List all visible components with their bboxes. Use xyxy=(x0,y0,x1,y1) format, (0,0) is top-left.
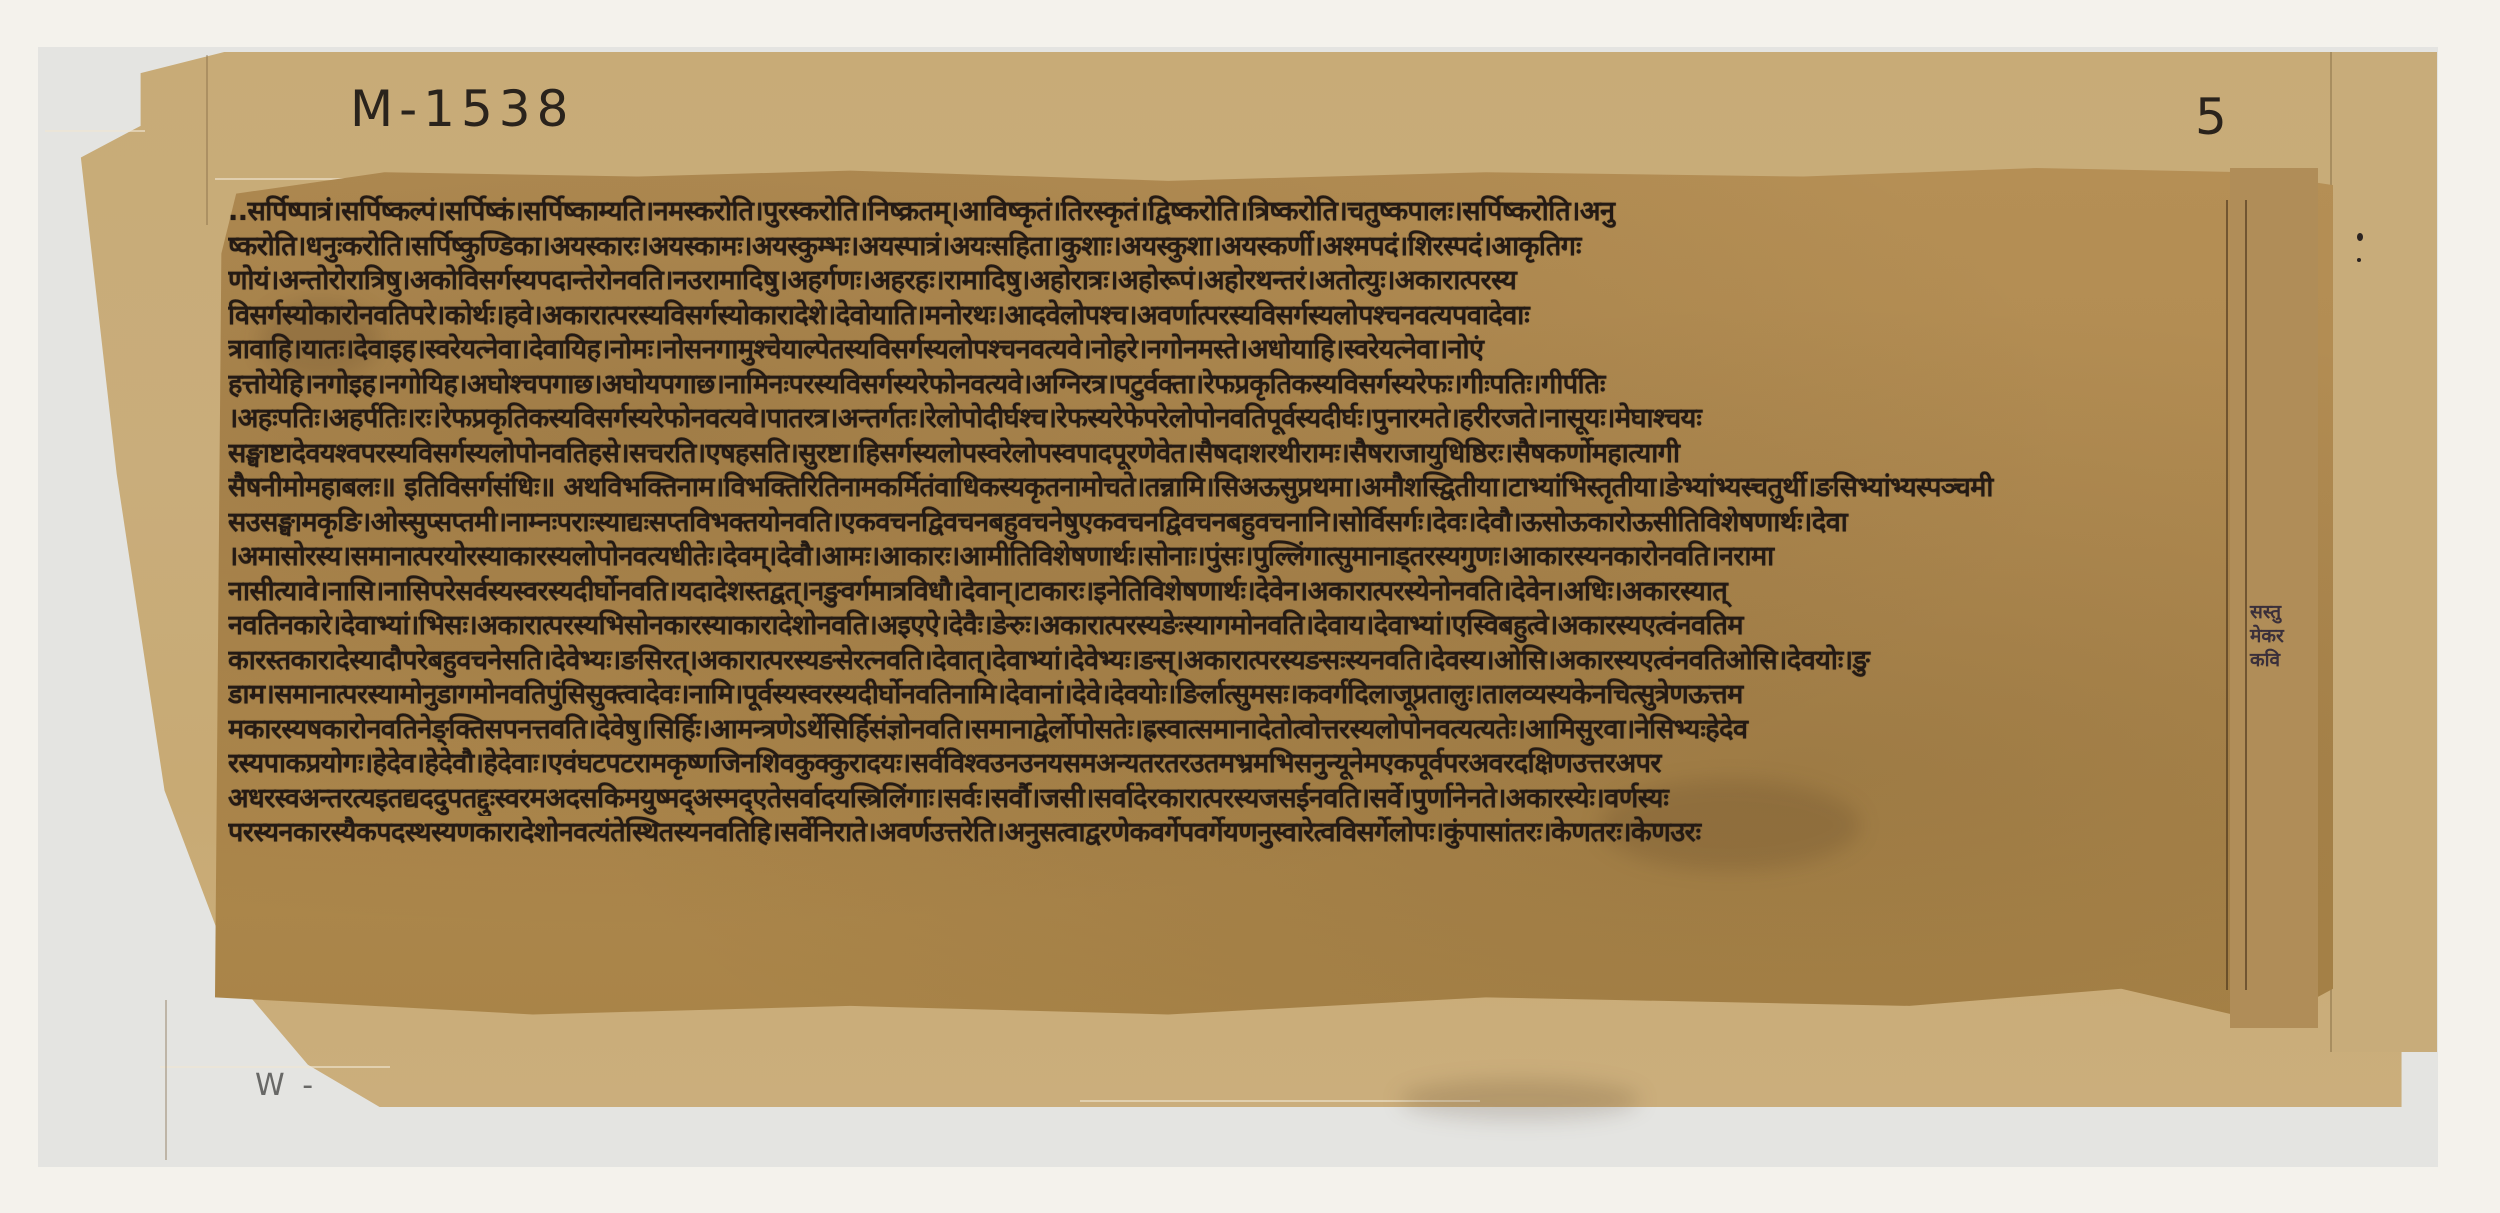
ink-spot xyxy=(2357,233,2363,241)
text-line: हत्तोयेहि।नगोइह।नगोयिह।अघोश्चपगाछ।अघोयपग… xyxy=(228,368,2238,403)
text-line: नासीत्यावे।नासि।नासिपरेसर्वस्यस्वरस्यदीर… xyxy=(228,575,2238,610)
text-line: सङ्घाष्टादेवयश्वपरस्यविसर्गस्यलोपोनवतिहस… xyxy=(228,437,2238,472)
mount-pencil-mark: W - xyxy=(255,1068,317,1103)
text-line: ।अमासोरस्य।समानात्परयोरस्याकारस्यलोपोनवत… xyxy=(228,540,2238,575)
text-line: सैषनीमोमहाबलः॥ इतिविसर्गसंधिः॥ अथविभक्ति… xyxy=(228,471,2238,506)
text-line xyxy=(228,885,2238,920)
text-line: मकारस्यषकारोनवतिनेङ्क्तिसपनत्तवति।देवेषु… xyxy=(228,713,2238,748)
manuscript-text: ..सर्पिष्पात्रं।सर्पिष्कल्पं।सर्पिष्कं।स… xyxy=(228,195,2238,954)
text-line: त्रावाहि।यातः।देवाइह।स्वरेयत्नेवा।देवायि… xyxy=(228,333,2238,368)
text-line: ष्करोति।धनुःकरोति।सर्पिष्कुण्डिका।अयस्का… xyxy=(228,230,2238,265)
ink-spot xyxy=(2357,258,2361,262)
margin-rule-line xyxy=(2245,200,2247,990)
text-line: अधरस्वअन्तरत्यइतद्यददुपतद्दुःस्वरमअदसकिम… xyxy=(228,782,2238,817)
mount-fold xyxy=(206,55,208,225)
text-line: णोयं।अन्तोरोरात्रिषु।अकोविसर्गस्यपदान्ते… xyxy=(228,264,2238,299)
text-line: ..सर्पिष्पात्रं।सर्पिष्कल्पं।सर्पिष्कं।स… xyxy=(228,195,2238,230)
margin-annotation: सस्तु मेकर कवि xyxy=(2250,600,2290,672)
text-line xyxy=(228,920,2238,955)
text-line: रस्यपाकप्रयोगः।हेदेव।हेदेवौ।हेदेवाः।एवंघ… xyxy=(228,747,2238,782)
text-line xyxy=(228,851,2238,886)
mount-right-panel xyxy=(2330,52,2437,1052)
margin-note-line: सस्तु xyxy=(2250,600,2290,624)
leaf-right-margin xyxy=(2230,168,2318,1028)
folio-number: 5 xyxy=(2195,88,2227,146)
margin-note-line: मेकर xyxy=(2250,624,2290,648)
catalog-number: M-1538 xyxy=(350,80,574,138)
margin-note-line: कवि xyxy=(2250,648,2290,672)
text-line: विसर्गस्योकारोनवतिपरे।कोर्थः।हवे।अकारात्… xyxy=(228,299,2238,334)
text-line: ।अहःपतिः।अहर्पतिः।रः।रेफप्रकृतिकस्यविसर्… xyxy=(228,402,2238,437)
mount-crease xyxy=(45,130,145,132)
text-line: परस्यनकारस्यैकपदस्थस्यणकारादेशोनवत्यंतेस… xyxy=(228,816,2238,851)
text-line: डाम।समानात्परस्यामोनुडागमोनवतिपुंसिसुक्त… xyxy=(228,678,2238,713)
text-line: कारस्तकारादेस्यादौपरेबहुवचनेसति।देवेभ्यः… xyxy=(228,644,2238,679)
manuscript-scan: M-1538 5 ..सर्पिष्पात्रं।सर्पिष्कल्पं।सर… xyxy=(0,0,2500,1213)
mount-fold xyxy=(165,1000,167,1160)
text-line: सउसङ्घामकृङि।ओस्सुप्सप्तमी।नाम्नःपराःस्य… xyxy=(228,506,2238,541)
text-line: नवतिनकारे।देवाभ्यां।भिसः।अकारात्परस्यभिस… xyxy=(228,609,2238,644)
stain xyxy=(1400,1080,1640,1120)
